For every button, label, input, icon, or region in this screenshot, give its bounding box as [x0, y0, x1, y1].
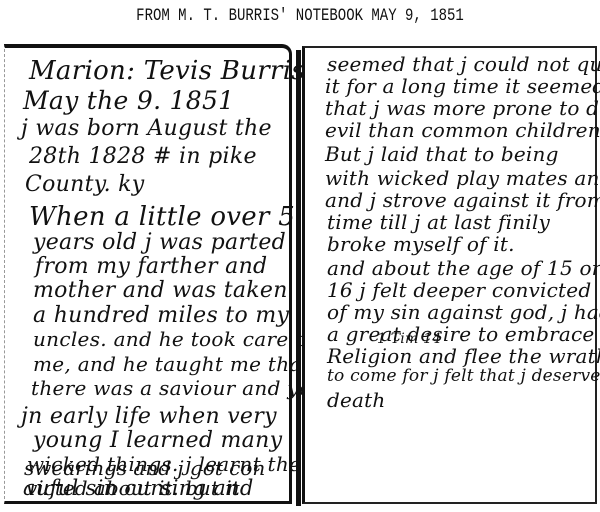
handwritten-line: mother and was taken: [33, 280, 288, 302]
handwritten-line: jn early life when very: [21, 406, 277, 428]
scripture-reference: 1 Tim 14: [377, 332, 441, 346]
handwritten-line: to come for j felt that j deserved: [327, 368, 600, 385]
handwritten-line: and j strove against it from: [325, 190, 600, 210]
handwritten-line: 16 j felt deeper convicted: [327, 280, 591, 300]
handwritten-line: time till j at last finily: [327, 212, 550, 232]
handwritten-line: Religion and flee the wrath: [327, 346, 600, 366]
handwritten-line: seemed that j could not quit: [327, 54, 600, 74]
handwritten-line: a hundred miles to my: [33, 305, 289, 327]
handwritten-line: Marion: Tevis Burris: [29, 58, 305, 84]
notebook-right-page: seemed that j could not quit it for a lo…: [302, 46, 597, 504]
handwritten-line: j was born August the: [21, 118, 272, 140]
handwritten-line: swearings and j got con: [24, 458, 265, 478]
handwritten-line: evil than common children: [325, 120, 600, 140]
handwritten-line: it for a long time it seemed: [325, 76, 600, 96]
handwritten-line: from my farther and: [35, 256, 267, 278]
handwritten-line: uncles. and he took care of: [33, 329, 315, 349]
handwritten-line: a great desire to embrace: [327, 324, 594, 344]
left-page-text: Marion: Tevis Burris May the 9. 1851 j w…: [5, 48, 289, 501]
handwritten-line: death: [327, 390, 385, 410]
handwritten-line: 28th 1828 # in pike: [29, 146, 257, 168]
handwritten-line: When a little over 5: [29, 204, 295, 230]
handwritten-line: victed about it. but it: [26, 478, 240, 498]
handwritten-line: there was a saviour and yo: [31, 378, 311, 398]
handwritten-line: of my sin against god, j had: [327, 302, 600, 322]
handwritten-line: County. ky: [25, 174, 145, 196]
handwritten-line: May the 9. 1851: [23, 88, 234, 113]
handwritten-line: years old j was parted: [33, 232, 286, 254]
handwritten-line: broke myself of it.: [327, 234, 515, 254]
document-title: FROM M. T. BURRIS' NOTEBOOK MAY 9, 1851: [0, 6, 600, 26]
handwritten-line: young I learned many: [33, 430, 282, 452]
handwritten-line: But j laid that to being: [325, 144, 559, 164]
handwritten-line: with wicked play mates and: [325, 168, 600, 188]
handwritten-line: that j was more prone to do: [325, 98, 600, 118]
right-page-text: seemed that j could not quit it for a lo…: [305, 48, 595, 502]
handwritten-line: me, and he taught me that: [33, 354, 310, 374]
handwritten-line: and about the age of 15 or: [327, 258, 600, 278]
notebook-left-page: Marion: Tevis Burris May the 9. 1851 j w…: [4, 44, 292, 504]
